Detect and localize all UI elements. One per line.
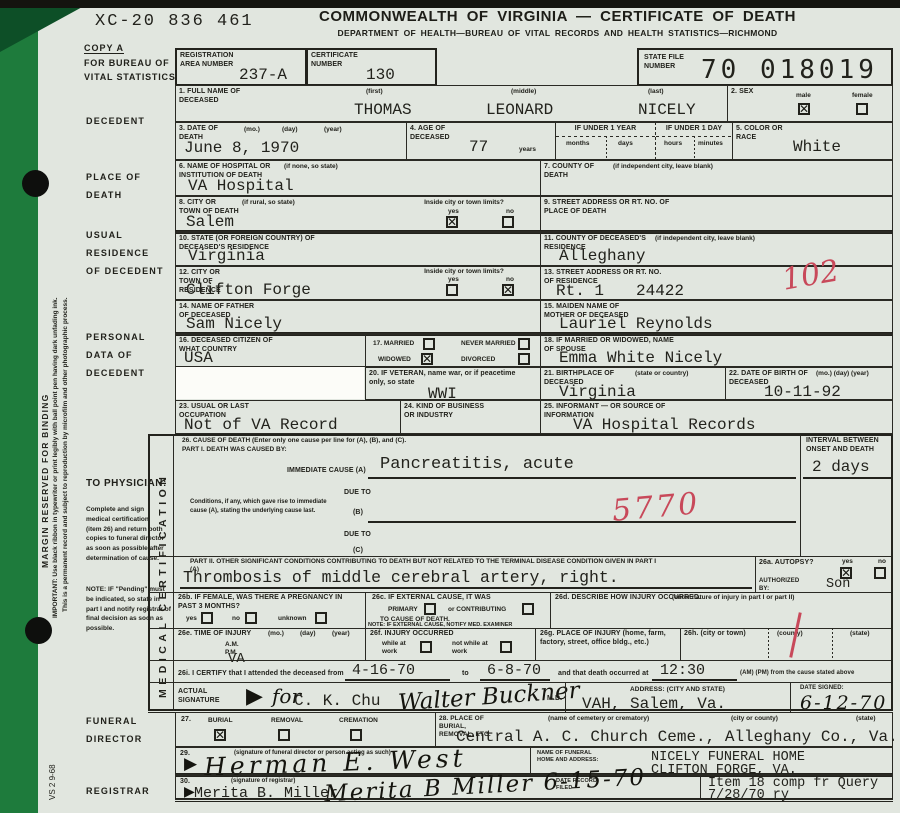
actual-signature-label: ACTUAL SIGNATURE — [178, 688, 220, 706]
field-marital-status: 17. MARRIED NEVER MARRIED WIDOWED DIVORC… — [365, 334, 541, 367]
full-name-label: 1. FULL NAME OF DECEASED — [179, 88, 241, 106]
copy-label: COPY A — [84, 43, 124, 54]
form-code: VS 2 9-68 — [48, 764, 57, 800]
field-under-1-day: IF UNDER 1 DAY hours minutes — [655, 122, 733, 160]
interval-line — [803, 477, 891, 479]
cause-a-value: Pancreatitis, acute — [380, 456, 574, 473]
field-27-number: 27. — [181, 716, 191, 725]
residence-limits-no-checkbox — [502, 284, 514, 296]
middle-name-value: LEONARD — [486, 102, 553, 118]
margin-permanent-text: This is a permanent record and subject t… — [62, 297, 69, 612]
birthplace-value: Virginia — [559, 384, 636, 400]
place-of-burial-value: Central A. C. Church Ceme., Alleghany Co… — [456, 729, 898, 745]
field-query-note: Item 18 comp fr Query 7/28/70 ry — [700, 775, 893, 800]
row-border — [150, 556, 891, 557]
cell-border — [565, 682, 566, 712]
occupation-value: Not of VA Record — [184, 417, 338, 433]
field-residence-state: 10. STATE (OR FOREIGN COUNTRY) OF DECEAS… — [175, 232, 541, 266]
widowed-checkbox — [421, 353, 433, 365]
removal-checkbox — [278, 729, 290, 741]
external-cause-label: 26c. IF EXTERNAL CAUSE, IT WAS — [372, 594, 491, 603]
row-border — [150, 592, 891, 593]
residence-limits-yes-checkbox — [446, 284, 458, 296]
injury-state-label: (state) — [850, 630, 870, 638]
line — [652, 679, 737, 681]
age-label: 4. AGE OF DECEASED — [410, 125, 462, 143]
married-label: 17. MARRIED — [373, 340, 414, 348]
interval-value: 2 days — [812, 459, 870, 475]
immediate-cause-label: IMMEDIATE CAUSE (A) — [287, 467, 366, 476]
part2-value: Thrombosis of middle cerebral artery, ri… — [183, 570, 619, 587]
certify-va-value: VA — [228, 652, 245, 666]
certificate-number-value: 130 — [366, 67, 395, 83]
pregnancy-unknown-checkbox — [315, 612, 327, 624]
field-date-of-birth: 22. DATE OF BIRTH OF DECEASED (mo.) (day… — [725, 367, 893, 400]
residence-state-value: Virginia — [188, 248, 265, 264]
female-checkbox — [856, 103, 868, 115]
divider — [768, 628, 769, 660]
male-checkbox — [798, 103, 810, 115]
field-registrar-signature: 30. (signature of registrar) Merita B. M… — [175, 775, 701, 800]
attended-from-value: 4-16-70 — [352, 663, 415, 678]
copy-for-label: FOR BUREAU OF VITAL STATISTICS — [84, 57, 176, 84]
state-file-box: STATE FILE NUMBER 70 018019 — [637, 48, 893, 86]
row-border — [150, 660, 891, 661]
cell-border — [790, 682, 791, 712]
date-of-birth-value: 10-11-92 — [764, 384, 841, 400]
describe-injury-hint: (enter nature of injury in part I or par… — [672, 594, 794, 602]
burial-label: BURIAL — [208, 717, 233, 725]
hint-day: (day) — [282, 126, 298, 134]
field-business: 24. KIND OF BUSINESS OR INDUSTRY — [400, 400, 541, 434]
divorced-label: DIVORCED — [461, 356, 495, 364]
limits-no-checkbox — [502, 216, 514, 228]
hospital-hint: (if none, so state) — [284, 163, 338, 171]
injury-city-label: 26h. (city or town) — [684, 630, 746, 639]
field-hospital: 6. NAME OF HOSPITAL OR INSTITUTION OF DE… — [175, 160, 541, 196]
section-funeral-director: FUNERAL DIRECTOR — [86, 712, 156, 748]
widowed-label: WIDOWED — [378, 356, 411, 364]
hint-mo: (mo.) — [244, 126, 260, 134]
certificate-number-label: CERTIFICATE NUMBER — [311, 52, 371, 70]
hint-first: (first) — [366, 88, 383, 96]
cell-border — [680, 628, 681, 660]
certificate-title: COMMONWEALTH OF VIRGINIA — CERTIFICATE O… — [225, 8, 890, 25]
city-county-hint: (city or county) — [731, 715, 778, 723]
medcert-label-column — [173, 434, 174, 711]
part1-heading: PART I. DEATH WAS CAUSED BY: — [182, 446, 287, 454]
removal-label: REMOVAL — [271, 717, 303, 725]
father-name-value: Sam Nicely — [186, 316, 282, 332]
conditions-note: Conditions, if any, which gave rise to i… — [190, 498, 340, 516]
married-checkbox — [423, 338, 435, 350]
cause-c-label: (C) — [353, 547, 363, 556]
field-funeral-director-signature: 29. (signature of funeral director or pe… — [175, 747, 531, 775]
cell-border — [535, 628, 536, 660]
hint-mo: (mo.) — [268, 630, 284, 638]
funeral-home-label: NAME OF FUNERAL HOME AND ADDRESS: — [537, 750, 605, 764]
pregnancy-no-label: no — [232, 615, 240, 623]
physician-typed-name: C. K. Chu — [294, 693, 380, 709]
under-1-year-label: IF UNDER 1 YEAR — [556, 125, 655, 134]
pregnancy-label: 26b. IF FEMALE, WAS THERE A PREGNANCY IN… — [178, 594, 353, 612]
cause-b-label: (B) — [353, 509, 363, 518]
date-of-birth-hint: (mo.) (day) (year) — [816, 370, 888, 378]
signature-arrow-icon — [246, 685, 263, 707]
margin-important-text: IMPORTANT: Use black ribbon in typewrite… — [52, 297, 59, 618]
residence-city-value: Clifton Forge — [186, 282, 311, 298]
cause-of-death-heading: 26. CAUSE OF DEATH (Enter only one cause… — [182, 437, 406, 445]
divider — [832, 628, 833, 660]
contributing-checkbox — [522, 603, 534, 615]
line — [345, 679, 450, 681]
not-at-work-checkbox — [500, 641, 512, 653]
county-of-death-label: 7. COUNTY OF DEATH — [544, 163, 606, 181]
cremation-checkbox — [350, 729, 362, 741]
field-full-name: 1. FULL NAME OF DECEASED (first) (middle… — [175, 85, 728, 122]
field-birthplace: 21. BIRTHPLACE OF DECEASED (state or cou… — [540, 367, 726, 400]
birthplace-hint: (state or country) — [635, 370, 688, 378]
at-work-label: while at work — [382, 640, 414, 656]
field-spouse-name: 18. IF MARRIED OR WIDOWED, NAME OF SPOUS… — [540, 334, 893, 367]
injury-occurred-label: 26f. INJURY OCCURRED — [370, 630, 454, 639]
city-of-death-value: Salem — [186, 214, 234, 230]
field-age: 4. AGE OF DECEASED 77 years — [406, 122, 556, 160]
cell-border — [365, 628, 366, 660]
pregnancy-yes-label: yes — [186, 615, 197, 623]
hint-day: (day) — [300, 630, 316, 638]
pregnancy-no-checkbox — [245, 612, 257, 624]
due-to-label: DUE TO — [344, 489, 371, 498]
address-label: ADDRESS: (CITY AND STATE) — [630, 686, 725, 694]
autopsy-no-checkbox — [874, 567, 886, 579]
residence-county-hint: (if independent city, leave blank) — [655, 235, 755, 243]
hint-year: (year) — [332, 630, 350, 638]
registration-area-box: REGISTRATION AREA NUMBER 237-A — [175, 48, 307, 86]
binding-strip — [0, 0, 38, 813]
months-label: months — [566, 140, 589, 148]
field-citizen-of: 16. DECEASED CITIZEN OF WHAT COUNTRY USA — [175, 334, 366, 367]
cell-border — [550, 592, 551, 628]
certificate-number-box: CERTIFICATE NUMBER 130 — [306, 48, 437, 86]
state-hint: (state) — [856, 715, 876, 723]
city-of-death-hint: (if rural, so state) — [242, 199, 295, 207]
field-city-of-death: 8. CITY OR TOWN OF DEATH (if rural, so s… — [175, 196, 541, 232]
color-race-label: 5. COLOR OR RACE — [736, 125, 784, 143]
field-informant: 25. INFORMANT — OR SOURCE OF INFORMATION… — [540, 400, 893, 434]
bottom-rule — [175, 798, 893, 802]
certify-text: 26i. I CERTIFY that I attended the decea… — [178, 670, 344, 679]
residence-county-value: Alleghany — [559, 248, 645, 264]
field-disposition: 27. BURIAL REMOVAL CREMATION — [175, 712, 436, 747]
field-county-of-death: 7. COUNTY OF DEATH (if independent city,… — [540, 160, 893, 196]
burial-checkbox — [214, 729, 226, 741]
pregnancy-unknown-label: unknown — [278, 615, 307, 623]
top-scan-bar — [0, 0, 900, 8]
hint-middle: (middle) — [511, 88, 536, 96]
md-label: M.D. — [547, 695, 562, 704]
field-date-of-death: 3. DATE OF DEATH (mo.) (day) (year) June… — [175, 122, 407, 160]
autopsy-border — [755, 556, 756, 592]
female-label: female — [852, 92, 873, 100]
attended-to-value: 6-8-70 — [487, 663, 541, 678]
limits-question: Inside city or town limits? — [418, 199, 510, 207]
cause-b-line — [368, 521, 796, 523]
section-place-of-death: PLACE OF DEATH — [86, 168, 156, 204]
male-label: male — [796, 92, 811, 100]
residence-zip-value: 24422 — [636, 283, 684, 299]
field-street-of-death: 9. STREET ADDRESS OR RT. NO. OF PLACE OF… — [540, 196, 893, 232]
not-at-work-label: not while at work — [452, 640, 492, 656]
hours-label: hours — [664, 140, 682, 148]
state-file-label: STATE FILE NUMBER — [644, 54, 694, 72]
field-veteran: 20. IF VETERAN, name war, or if peacetim… — [365, 367, 541, 400]
age-unit-label: years — [519, 146, 536, 154]
field-occupation: 23. USUAL OR LAST OCCUPATION Not of VA R… — [175, 400, 401, 434]
divider — [694, 136, 695, 160]
autopsy-no-label: no — [878, 558, 886, 566]
cell-border — [365, 592, 366, 628]
interval-column-border — [800, 434, 801, 556]
last-name-value: NICELY — [638, 102, 696, 118]
section-personal-data: PERSONAL DATA OF DECEDENT — [86, 328, 158, 382]
field-father-name: 14. NAME OF FATHER OF DECEASED Sam Nicel… — [175, 300, 541, 334]
divorced-checkbox — [518, 353, 530, 365]
signature-arrow-icon — [184, 755, 197, 772]
interval-label: INTERVAL BETWEEN ONSET AND DEATH — [806, 437, 891, 455]
minutes-label: minutes — [698, 140, 723, 148]
due-to-label: DUE TO — [344, 531, 371, 540]
street-of-death-label: 9. STREET ADDRESS OR RT. NO. OF PLACE OF… — [544, 199, 689, 217]
section-decedent: DECEDENT — [86, 112, 145, 130]
date-of-death-value: June 8, 1970 — [184, 140, 299, 156]
injury-county-label: (county) — [777, 630, 803, 638]
citizen-value: USA — [184, 350, 213, 366]
part2-line — [180, 587, 752, 589]
authorized-by-label: AUTHORIZED BY: — [759, 578, 807, 593]
state-file-value: 70 018019 — [701, 55, 878, 85]
residence-street-value: Rt. 1 — [556, 283, 604, 299]
place-of-injury-label: 26g. PLACE OF INJURY (home, farm, factor… — [540, 630, 672, 648]
whited-out-box — [176, 367, 364, 399]
hint-last: (last) — [648, 88, 664, 96]
certificate-subtitle: DEPARTMENT OF HEALTH—BUREAU OF VITAL REC… — [225, 28, 890, 38]
primary-label: PRIMARY — [388, 606, 418, 614]
cremation-label: CREMATION — [339, 717, 378, 725]
days-label: days — [618, 140, 633, 148]
county-of-death-hint: (if independent city, leave blank) — [613, 163, 713, 171]
time-of-injury-label: 26e. TIME OF INJURY — [178, 630, 251, 639]
under-1-day-label: IF UNDER 1 DAY — [656, 125, 732, 134]
punch-hole — [22, 170, 49, 197]
field-mother-name: 15. MAIDEN NAME OF MOTHER OF DECEASED La… — [540, 300, 893, 334]
death-certificate: XC-20 836 461 COMMONWEALTH OF VIRGINIA —… — [0, 0, 900, 813]
section-registrar: REGISTRAR — [86, 782, 150, 800]
first-name-value: THOMAS — [354, 102, 412, 118]
registration-area-value: 237-A — [239, 67, 287, 83]
pregnancy-yes-checkbox — [201, 612, 213, 624]
section-usual-residence: USUAL RESIDENCE OF DECEDENT — [86, 226, 164, 280]
hint-year: (year) — [324, 126, 342, 134]
am-label: A.M. — [225, 641, 239, 649]
never-married-checkbox — [518, 338, 530, 350]
color-race-value: White — [793, 139, 841, 155]
limits-no-label: no — [506, 208, 514, 216]
spouse-value: Emma White Nicely — [559, 350, 722, 366]
autopsy-label: 26a. AUTOPSY? — [759, 559, 814, 568]
field-residence-county: 11. COUNTY OF DECEASED'S RESIDENCE (if i… — [540, 232, 893, 266]
field-place-of-burial: 28. PLACE OF BURIAL, REMOVAL, ETC. (name… — [435, 712, 893, 747]
never-married-label: NEVER MARRIED — [461, 340, 516, 348]
certify-to-text: to — [462, 670, 469, 679]
sex-label: 2. SEX — [731, 88, 753, 97]
row-border — [150, 628, 891, 629]
autopsy-yes-label: yes — [842, 558, 853, 566]
time-of-death-value: 12:30 — [660, 663, 705, 678]
cemetery-hint: (name of cemetery or crematory) — [548, 715, 649, 723]
primary-checkbox — [424, 603, 436, 615]
date-record-filed-label: DATE RECORD FILED — [556, 778, 611, 792]
field-sex: 2. SEX male female — [727, 85, 893, 122]
margin-binding-text: MARGIN RESERVED FOR BINDING — [40, 394, 50, 568]
informant-value: VA Hospital Records — [573, 417, 755, 433]
contributing-label: or CONTRIBUTING — [448, 606, 506, 614]
residence-limits-question: Inside city or town limits? — [418, 268, 510, 276]
residence-limits-yes-label: yes — [448, 276, 459, 284]
hospital-value: VA Hospital — [188, 178, 294, 194]
age-value: 77 — [469, 139, 488, 155]
divider — [606, 136, 607, 160]
business-label: 24. KIND OF BUSINESS OR INDUSTRY — [404, 403, 489, 421]
field-under-1-year: IF UNDER 1 YEAR months days — [555, 122, 656, 160]
limits-yes-checkbox — [446, 216, 458, 228]
mother-name-value: Lauriel Reynolds — [559, 316, 713, 332]
form-left-border — [175, 367, 176, 400]
field-residence-city: 12. CITY OR TOWN OF RESIDENCE Clifton Fo… — [175, 266, 541, 300]
field-color-or-race: 5. COLOR OR RACE White — [732, 122, 893, 160]
am-pm-text: (AM) (PM) from the cause stated above — [740, 670, 854, 678]
cause-a-line — [368, 477, 796, 479]
authorized-by-value: Son — [826, 578, 850, 592]
at-work-checkbox — [420, 641, 432, 653]
punch-hole — [25, 617, 52, 644]
